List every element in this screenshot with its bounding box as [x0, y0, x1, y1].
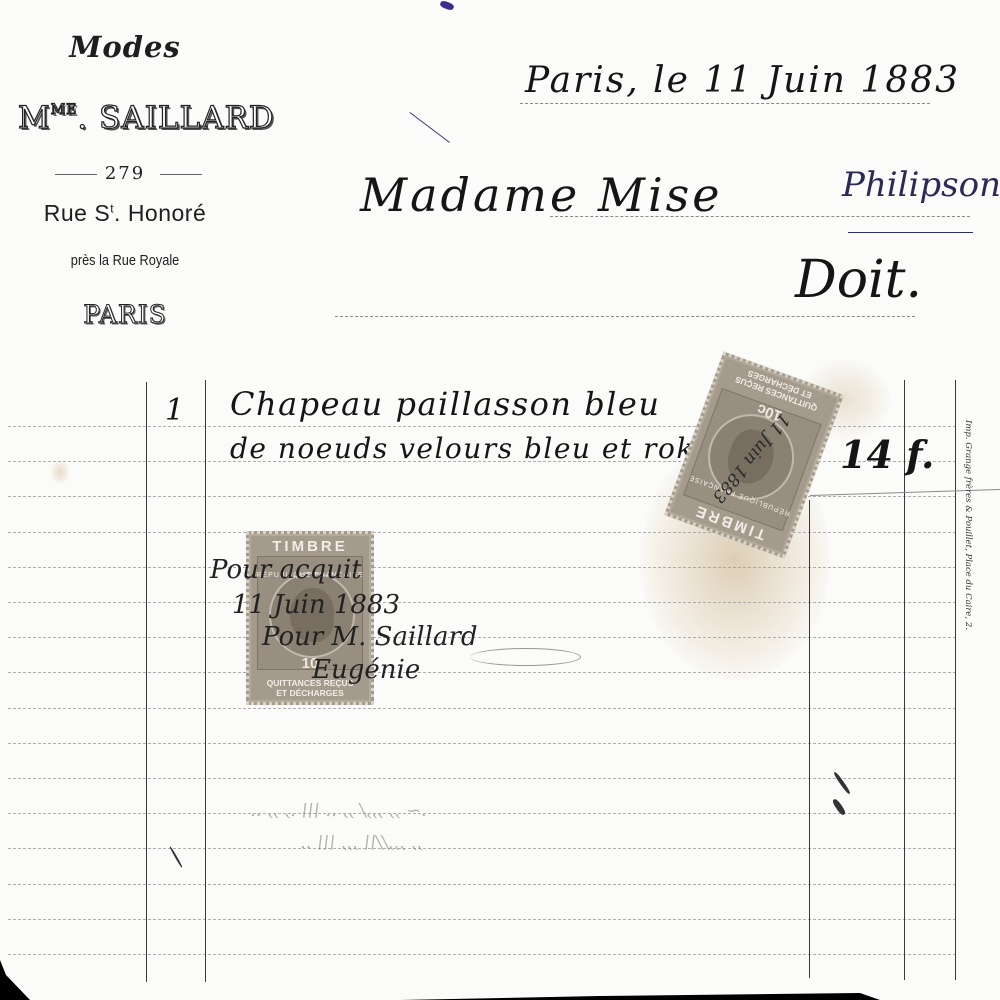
proprietor-prefix-sup: ME	[51, 102, 78, 118]
letterhead-street: Rue St. Honoré	[20, 200, 230, 227]
stamp-top-text: TIMBRE	[249, 538, 371, 555]
item-amount: 14 f.	[840, 432, 934, 477]
receipt-line: Eugénie	[312, 655, 420, 685]
ruled-line	[8, 919, 956, 920]
letterhead-city: PARIS	[60, 300, 190, 329]
ruled-line	[8, 778, 956, 779]
water-stain	[50, 460, 70, 484]
proprietor-name: SAILLARD	[99, 100, 275, 136]
ruled-line	[8, 567, 956, 568]
item-quantity: 1	[165, 393, 184, 428]
addressee-name: Madame Mise	[360, 168, 723, 222]
receipt-line: 11 Juin 1883	[232, 590, 400, 620]
ruled-line	[8, 637, 956, 638]
ink-blot	[439, 0, 455, 11]
letterhead-proprietor: MME. SAILLARD	[18, 100, 253, 136]
receipt-line: Pour M. Saillard	[262, 622, 478, 652]
column-line	[146, 382, 147, 982]
ruled-line	[8, 743, 956, 744]
ink-offset: ,, ,,,//\\ ,,, \\\ ..	[300, 832, 423, 853]
ruled-line	[8, 496, 956, 497]
addressee-surname: Philipson	[842, 165, 1000, 205]
date-underline	[520, 103, 930, 104]
surname-underline	[848, 232, 973, 233]
invoice-date: Paris, le 11 Juin 1883	[525, 60, 960, 101]
ruled-line	[8, 954, 956, 955]
ink-stroke	[409, 112, 450, 143]
ruled-line	[8, 813, 956, 814]
ruled-line	[8, 532, 956, 533]
doit-label: Doit.	[795, 250, 922, 310]
printer-imprint-text: Imp. Grange frères & Pouillet, Place du …	[963, 420, 973, 630]
ink-blot	[169, 846, 183, 868]
column-line	[205, 380, 206, 982]
column-line	[955, 380, 956, 980]
receipt-line: Pour acquit	[210, 555, 362, 585]
doit-underline	[335, 316, 915, 317]
ruled-line	[8, 708, 956, 709]
signature-flourish	[470, 648, 581, 666]
proprietor-prefix: M	[18, 100, 51, 136]
item-description-line1: Chapeau paillasson bleu	[230, 385, 660, 423]
ruled-line	[8, 602, 956, 603]
column-line	[809, 500, 810, 978]
ink-offset: .~ ,, ,,,/ ,, .. \\\ ., ,, ..	[250, 800, 427, 821]
street-pre: Rue S	[44, 200, 110, 226]
letterhead-trade: Modes	[60, 30, 190, 64]
letterhead-near: près la Rue Royale	[50, 253, 200, 269]
ruled-line	[8, 672, 956, 673]
ruled-line	[8, 884, 956, 885]
ruled-line	[8, 848, 956, 849]
street-post: Honoré	[128, 200, 206, 226]
invoice-paper: Modes MME. SAILLARD 279 Rue St. Honoré p…	[0, 0, 1000, 1000]
street-sup: t	[110, 201, 114, 215]
ink-blot	[833, 771, 851, 795]
flourish-right	[160, 174, 202, 175]
item-description-line2: de noeuds velours bleu et rok	[230, 432, 695, 465]
stamp-bottom-line2: ET DÉCHARGES	[249, 688, 371, 698]
